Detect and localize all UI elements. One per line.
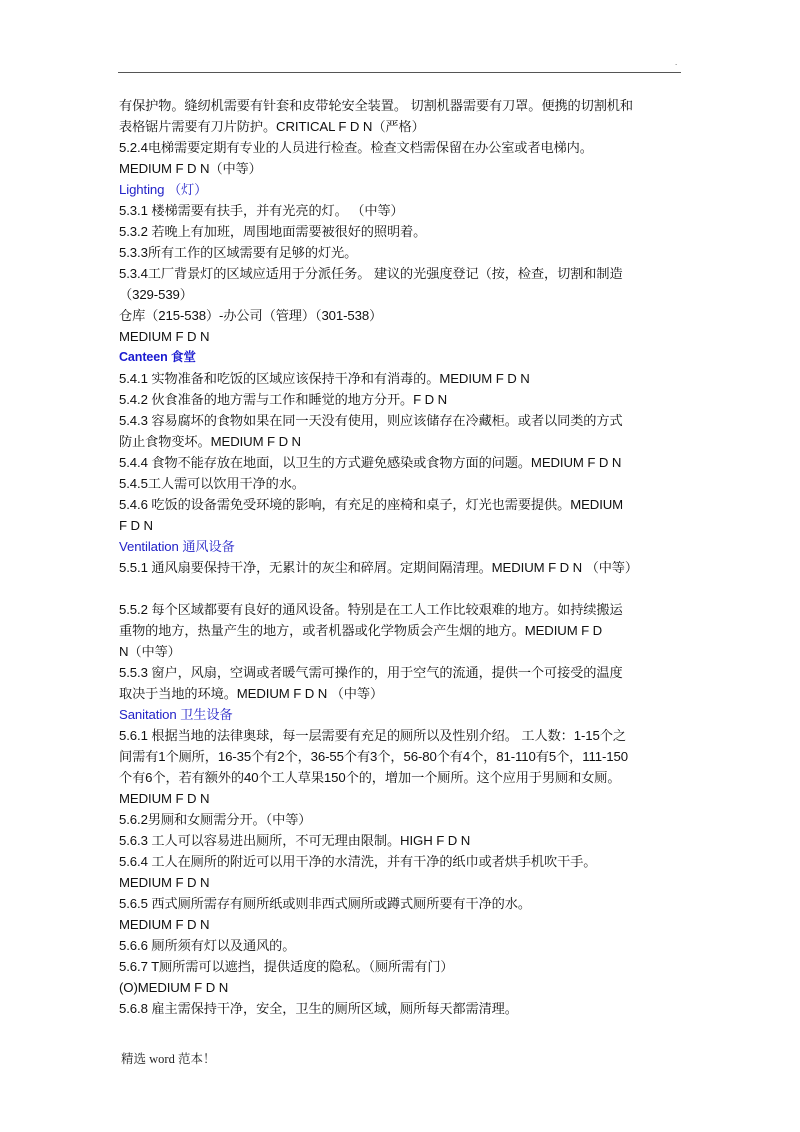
paragraph-line: 防止食物变坏。MEDIUM F D N	[119, 431, 689, 452]
document-body: 有保护物。缝纫机需要有针套和皮带轮安全装置。 切割机器需要有刀罩。便携的切割机和…	[119, 95, 689, 1019]
paragraph-line: F D N	[119, 515, 689, 536]
paragraph-line: 5.4.1 实物准备和吃饭的区域应该保持干净和有消毒的。MEDIUM F D N	[119, 368, 689, 389]
paragraph-line: MEDIUM F D N	[119, 326, 689, 347]
paragraph-line: 5.5.2 每个区域都要有良好的通风设备。特别是在工人工作比较艰难的地方。如持续…	[119, 599, 689, 620]
page-footer: 精选 word 范本！	[121, 1049, 215, 1067]
paragraph-line: 5.3.1 楼梯需要有扶手，并有光亮的灯。 （中等）	[119, 200, 689, 221]
paragraph-line: 仓库（215-538）-办公司（管理）（301-538）	[119, 305, 689, 326]
paragraph-line: 5.6.8 雇主需保持干净，安全，卫生的厕所区域，厕所每天都需清理。	[119, 998, 689, 1019]
paragraph-line: MEDIUM F D N	[119, 914, 689, 935]
blank-line	[119, 578, 689, 599]
paragraph-line: 5.4.4 食物不能存放在地面，以卫生的方式避免感染或食物方面的问题。MEDIU…	[119, 452, 689, 473]
paragraph-line: 5.4.6 吃饭的设备需免受环境的影响，有充足的座椅和桌子，灯光也需要提供。ME…	[119, 494, 689, 515]
paragraph-line: 5.4.3 容易腐坏的食物如果在同一天没有使用，则应该储存在冷藏柜。或者以同类的…	[119, 410, 689, 431]
header-rule	[118, 72, 681, 73]
paragraph-line: 5.5.1 通风扇要保持干净，无累计的灰尘和碎屑。定期间隔清理。MEDIUM F…	[119, 557, 689, 578]
paragraph-line: 5.6.6 厕所须有灯以及通风的。	[119, 935, 689, 956]
section-heading: Canteen 食堂	[119, 347, 689, 368]
section-heading: Lighting （灯）	[119, 179, 689, 200]
paragraph-line: 表格锯片需要有刀片防护。CRITICAL F D N（严格）	[119, 116, 689, 137]
paragraph-line: 个有6个，若有额外的40个工人草果150个的，增加一个厕所。这个应用于男厕和女厕…	[119, 767, 689, 788]
paragraph-line: 5.6.1 根据当地的法律奥球，每一层需要有充足的厕所以及性别介绍。 工人数：1…	[119, 725, 689, 746]
paragraph-line: MEDIUM F D N	[119, 872, 689, 893]
paragraph-line: 有保护物。缝纫机需要有针套和皮带轮安全装置。 切割机器需要有刀罩。便携的切割机和	[119, 95, 689, 116]
paragraph-line: MEDIUM F D N（中等）	[119, 158, 689, 179]
paragraph-line: 5.2.4电梯需要定期有专业的人员进行检查。检查文档需保留在办公室或者电梯内。	[119, 137, 689, 158]
paragraph-line: 5.3.3所有工作的区域需要有足够的灯光。	[119, 242, 689, 263]
paragraph-line: 5.6.2男厕和女厕需分开。（中等）	[119, 809, 689, 830]
paragraph-line: 5.4.5工人需可以饮用干净的水。	[119, 473, 689, 494]
paragraph-line: 5.6.4 工人在厕所的附近可以用干净的水清洗，并有干净的纸巾或者烘手机吹干手。	[119, 851, 689, 872]
paragraph-line: MEDIUM F D N	[119, 788, 689, 809]
paragraph-line: N（中等）	[119, 641, 689, 662]
paragraph-line: 5.6.7 T厕所需可以遮挡，提供适度的隐私。（厕所需有门）	[119, 956, 689, 977]
paragraph-line: 5.3.4工厂背景灯的区域应适用于分派任务。 建议的光强度登记（按，检查，切割和…	[119, 263, 689, 284]
paragraph-line: 取决于当地的环境。MEDIUM F D N （中等）	[119, 683, 689, 704]
header-mark: .	[675, 58, 677, 67]
paragraph-line: 5.4.2 伙食准备的地方需与工作和睡觉的地方分开。F D N	[119, 389, 689, 410]
paragraph-line: 间需有1个厕所，16-35个有2个，36-55个有3个，56-80个有4个，81…	[119, 746, 689, 767]
paragraph-line: （329-539）	[119, 284, 689, 305]
paragraph-line: 5.6.5 西式厕所需存有厕所纸或则非西式厕所或蹲式厕所要有干净的水。	[119, 893, 689, 914]
paragraph-line: (O)MEDIUM F D N	[119, 977, 689, 998]
section-heading: Ventilation 通风设备	[119, 536, 689, 557]
paragraph-line: 5.3.2 若晚上有加班，周围地面需要被很好的照明着。	[119, 221, 689, 242]
paragraph-line: 5.6.3 工人可以容易进出厕所，不可无理由限制。HIGH F D N	[119, 830, 689, 851]
paragraph-line: 5.5.3 窗户，风扇，空调或者暖气需可操作的，用于空气的流通，提供一个可接受的…	[119, 662, 689, 683]
paragraph-line: 重物的地方，热量产生的地方，或者机器或化学物质会产生烟的地方。MEDIUM F …	[119, 620, 689, 641]
section-heading: Sanitation 卫生设备	[119, 704, 689, 725]
